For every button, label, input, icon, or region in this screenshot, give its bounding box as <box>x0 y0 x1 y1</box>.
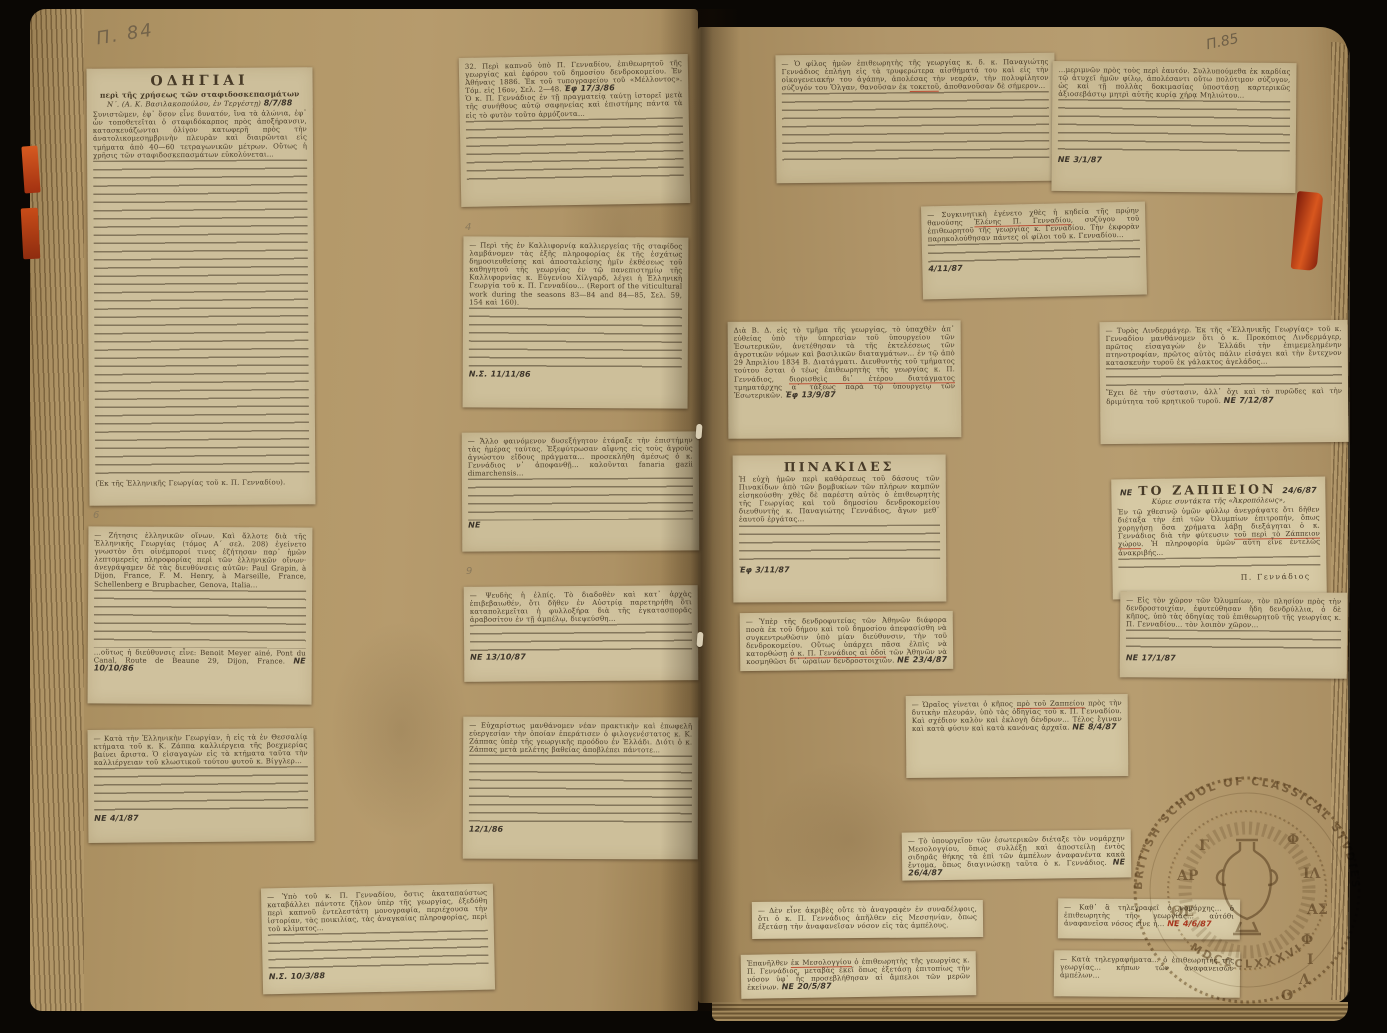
clipping-footer: …οὕτως ἡ διεύθυνσις εἶνε: Benoit Meyer a… <box>94 648 306 673</box>
clipping-body: Διὰ Β. Δ. εἰς τὸ τμῆμα τῆς γεωργίας, τὸ … <box>734 325 956 399</box>
clipping-body: — Εὐχαρίστως μανθάνομεν νέαν πρακτικὴν κ… <box>469 722 692 755</box>
printed-text-lines <box>470 624 692 654</box>
svg-text:MDCCCLXXXVI: MDCCCLXXXVI <box>1188 940 1306 970</box>
clipping-body: — Ζήτησις ἑλληνικῶν οἴνων. Καὶ ἄλλοτε δι… <box>94 531 306 589</box>
handwritten-date: ΝΕ 20/5/87 <box>782 982 832 992</box>
clipping-body: — Συγκινητικὴ ἐγένετο χθὲς ἡ κηδεία τῆς … <box>927 207 1140 244</box>
clipping-peri-kapnou-biblio: 32. Περὶ καπνοῦ ὑπὸ Π. Γενναδίου, ἐπιθεω… <box>459 54 691 207</box>
printed-text-lines <box>739 524 940 565</box>
clipping-body: — Ὁ φίλος ἡμῶν ἐπιθεωρητὴς τῆς γεωργίας … <box>781 58 1048 93</box>
handwritten-date: Ἑφ 13/9/87 <box>785 390 836 399</box>
clipping-den-eine-akrives: — Δὲν εἶνε ἀκριβὲς οὔτε τὸ ἀναγραφὲν ἐν … <box>752 900 983 939</box>
clipping-body: Ὁ κ. Π. Γεννάδιος ἐν τῇ πραγματείᾳ ταύτῃ… <box>465 91 682 119</box>
scrapbook-spread: Π. 84 Π.85 6 4 9 ΟΔΗΓΙΑΙ περὶ τῆς χρήσεω… <box>0 0 1387 1033</box>
handwritten-date: Ν.Σ. 10/3/88 <box>269 972 325 982</box>
clipping-body: — Εἰς τὸν χῶρον τῶν Ὀλυμπίων, τὸν πλησίο… <box>1126 596 1341 630</box>
printed-text-lines <box>268 930 489 973</box>
clipping-epanilthen-mesolongiou: Ἐπανῆλθεν ἐκ Μεσολογγίου ὁ ἐπιθεωρητὴς τ… <box>741 951 977 999</box>
clipping-body: — Τὸ ὑπουργεῖον τῶν ἐσωτερικῶν διέταξε τ… <box>908 834 1126 877</box>
printed-text-lines <box>1126 630 1341 656</box>
handwritten-date: ΝΕ 4/1/87 <box>94 814 138 823</box>
svg-text:Φ: Φ <box>1287 832 1299 848</box>
svg-text:ΑΡ: ΑΡ <box>1176 868 1199 884</box>
clipping-kalifornia-stafis: — Περὶ τῆς ἐν Καλλιφορνίᾳ καλλιεργείας τ… <box>463 236 689 408</box>
clipping-footer: (Ἐκ τῆς Ἑλληνικῆς Γεωργίας τοῦ κ. Π. Γεν… <box>95 478 309 488</box>
handwritten-date: 24/6/87 <box>1282 487 1317 496</box>
amphora-icon <box>1217 840 1277 934</box>
clipping-pinakides: ΠΙΝΑΚΙΔΕΣ Ἡ εὐχὴ ἡμῶν περὶ καθάρσεως τοῦ… <box>733 454 947 602</box>
printed-text-lines <box>94 766 308 814</box>
clipping-choros-olympion: — Εἰς τὸν χῶρον τῶν Ὀλυμπίων, τὸν πλησίο… <box>1120 591 1348 679</box>
bookmark-ribbon <box>21 208 41 260</box>
bookmark-ribbon <box>21 145 40 193</box>
clipping-oraios-kipos-zappeiou: — Ὡραῖος γίνεται ὁ κῆπος πρὸ τοῦ Ζαππείο… <box>906 694 1129 778</box>
binding-stitch <box>695 424 702 439</box>
clipping-body: Ἐπανῆλθεν ἐκ Μεσολογγίου ὁ ἐπιθεωρητὴς τ… <box>747 956 970 992</box>
clipping-signature: Π. Γεννάδιος <box>1119 572 1321 583</box>
binding-stitch <box>696 632 703 647</box>
clipping-odigiai: ΟΔΗΓΙΑΙ περὶ τῆς χρήσεως τῶν σταφιδοσκεπ… <box>86 67 315 506</box>
svg-text:Ο: Ο <box>1281 988 1293 1004</box>
clipping-dendrofyteia-athinon: — Ὑπὲρ τῆς δενδροφυτείας τῶν Ἀθηνῶν διάφ… <box>740 611 954 671</box>
clipping-body: Συνιστῶμεν, ἐφ᾽ ὅσον εἶνε δυνατόν, ἵνα τ… <box>93 109 307 159</box>
handwritten-date: ΝΕ 3/1/87 <box>1058 156 1102 164</box>
clipping-body: Ἡ εὐχὴ ἡμῶν περὶ καθάρσεως τοῦ δάσους τῶ… <box>739 474 940 524</box>
handwritten-date: 12/1/86 <box>469 826 503 834</box>
printed-text-lines <box>466 117 684 181</box>
clipping-o-filos-gennadios: — Ὁ φίλος ἡμῶν ἐπιθεωρητὴς τῆς γεωργίας … <box>775 53 1055 183</box>
handwritten-date: 8/7/88 <box>264 98 293 107</box>
clipping-title: ΟΔΗΓΙΑΙ <box>93 72 307 89</box>
clipping-body: — Κατὰ τὴν Ἑλληνικὴν Γεωργίαν, ἡ εἰς τὰ … <box>94 733 308 767</box>
clipping-to-zappeion: ΝΕ ΤΟ ΖΑΠΠΕΙΟΝ 24/6/87 Κύριε συντάκτα τῆ… <box>1111 477 1327 600</box>
clipping-body: Ἐν τῷ χθεσινῷ ὑμῶν φύλλῳ ἀνεγράψατε ὅτι … <box>1118 506 1321 557</box>
pencil-mark: 4 <box>465 222 471 233</box>
clipping-efxaristos-zappas: — Εὐχαρίστως μανθάνομεν νέαν πρακτικὴν κ… <box>463 717 698 860</box>
clipping-byline: Ν΄. (Α. Κ. Βασιλακοπούλου, ἐν Τεργέστῃ) … <box>93 99 307 109</box>
printed-text-lines <box>468 478 693 521</box>
clipping-peri-kapnou-monografia: — Ὑπὸ τοῦ κ. Π. Γενναδίου, ὅστις ἀκαταπα… <box>261 884 495 995</box>
clipping-body: — Ψευδὴς ἡ ἐλπίς. Τὸ διαδοθὲν καὶ κατ᾽ ἀ… <box>470 590 692 624</box>
clipping-kideia-elenis: — Συγκινητικὴ ἐγένετο χθὲς ἡ κηδεία τῆς … <box>921 201 1147 299</box>
handwritten-date: ΝΕ 8/4/87 <box>1072 722 1116 731</box>
handwritten-date: ΝΕ 7/12/87 <box>1224 395 1274 404</box>
clipping-body: …μεριμνῶν πρὸς τοὺς περὶ ἑαυτόν. Συλλυπο… <box>1058 66 1290 100</box>
pencil-mark: 6 <box>93 510 99 521</box>
clipping-psevdis-elpis: — Ψευδὴς ἡ ἐλπίς. Τὸ διαδοθὲν καὶ κατ᾽ ἀ… <box>464 585 699 682</box>
clipping-body: — Περὶ τῆς ἐν Καλλιφορνίᾳ καλλιεργείας τ… <box>469 241 682 307</box>
svg-text:Γ: Γ <box>1199 838 1209 854</box>
stamp-ring-text-bottom: MDCCCLXXXVI <box>1188 940 1306 970</box>
clipping-body: — Δὲν εἶνε ἀκριβὲς οὔτε τὸ ἀναγραφὲν ἐν … <box>758 905 977 931</box>
red-underlined-text: τοκετοῦ <box>910 83 939 92</box>
pencil-mark: 9 <box>466 566 472 577</box>
clipping-allo-fainomenon: — Ἄλλο φαινόμενον δυσεξήγητον ἐτάραξε τὴ… <box>462 431 700 551</box>
printed-text-lines <box>1058 99 1290 157</box>
handwritten-date: ΝΕ 13/10/87 <box>470 653 526 662</box>
clipping-zitisis-oinon: — Ζήτησις ἑλληνικῶν οἴνων. Καὶ ἄλλοτε δι… <box>88 526 313 704</box>
svg-text:Φ: Φ <box>1301 932 1313 948</box>
printed-text-lines <box>782 91 1050 163</box>
handwritten-date: ΝΕ <box>468 521 480 530</box>
printed-text-lines <box>469 755 692 826</box>
clipping-footer: Ἔχει δὲ τὴν σύστασιν, ἀλλ᾽ ὄχι καὶ τὸ πυ… <box>1106 387 1342 405</box>
clipping-syllypitiria: …μεριμνῶν πρὸς τοὺς περὶ ἑαυτόν. Συλλυπο… <box>1051 61 1296 193</box>
printed-text-lines <box>94 589 306 648</box>
printed-text-lines <box>93 159 309 478</box>
clipping-kata-tin-georgian: — Κατὰ τὴν Ἑλληνικὴν Γεωργίαν, ἡ εἰς τὰ … <box>88 728 315 843</box>
printed-text-lines <box>1106 366 1342 388</box>
svg-text:ΙΛ: ΙΛ <box>1303 866 1322 882</box>
handwritten-date: ΝΕ 17/1/87 <box>1126 655 1176 663</box>
svg-text:ΑΣ: ΑΣ <box>1306 902 1328 918</box>
printed-text-lines <box>469 307 682 370</box>
handwritten-date: 4/11/87 <box>928 264 963 274</box>
clipping-body: — Ὡραῖος γίνεται ὁ κῆπος πρὸ τοῦ Ζαππείο… <box>912 699 1122 733</box>
clipping-ypourgeion-esoterikon: — Τὸ ὑπουργεῖον τῶν ἐσωτερικῶν διέταξε τ… <box>902 829 1132 880</box>
clipping-title: ΠΙΝΑΚΙΔΕΣ <box>739 459 940 474</box>
clipping-body: — Ὑπὲρ τῆς δενδροφυτείας τῶν Ἀθηνῶν διάφ… <box>746 616 947 667</box>
handwritten-date: Ν.Σ. 11/11/86 <box>469 370 531 378</box>
clipping-dia-vd-tmima-georgias: Διὰ Β. Δ. εἰς τὸ τμῆμα τῆς γεωργίας, τὸ … <box>728 320 962 439</box>
svg-text:Λ: Λ <box>1298 972 1311 988</box>
clipping-tyros-lindermayer: — Τυρὸς Λινδερμάγερ. Ἐκ τῆς «Ἑλληνικῆς Γ… <box>1099 320 1348 444</box>
handwritten-date: Ἑφ 3/11/87 <box>739 565 790 574</box>
svg-text:ΘΕ: ΘΕ <box>1171 904 1194 920</box>
clipping-body: — Ἄλλο φαινόμενον δυσεξήγητον ἐτάραξε τὴ… <box>468 436 693 478</box>
library-emboss-stamp: BRITISH SCHOOL OF CLASSICAL STVDIES MDCC… <box>1115 728 1387 1028</box>
handwritten-mark: ΝΕ <box>1120 489 1132 497</box>
handwritten-date: ΝΕ 23/4/87 <box>897 655 947 665</box>
svg-text:BRITISH SCHOOL OF CLASSICAL ST: BRITISH SCHOOL OF CLASSICAL STVDIES <box>1132 775 1362 890</box>
clipping-body: — Τυρὸς Λινδερμάγερ. Ἐκ τῆς «Ἑλληνικῆς Γ… <box>1106 325 1342 368</box>
clipping-body: — Ὑπὸ τοῦ κ. Π. Γενναδίου, ὅστις ἀκαταπα… <box>267 889 488 934</box>
stamp-ring-text-top: BRITISH SCHOOL OF CLASSICAL STVDIES <box>1132 775 1362 890</box>
clipping-body: 32. Περὶ καπνοῦ ὑπὸ Π. Γενναδίου, ἐπιθεω… <box>465 59 683 95</box>
svg-text:Ι: Ι <box>1307 952 1314 968</box>
